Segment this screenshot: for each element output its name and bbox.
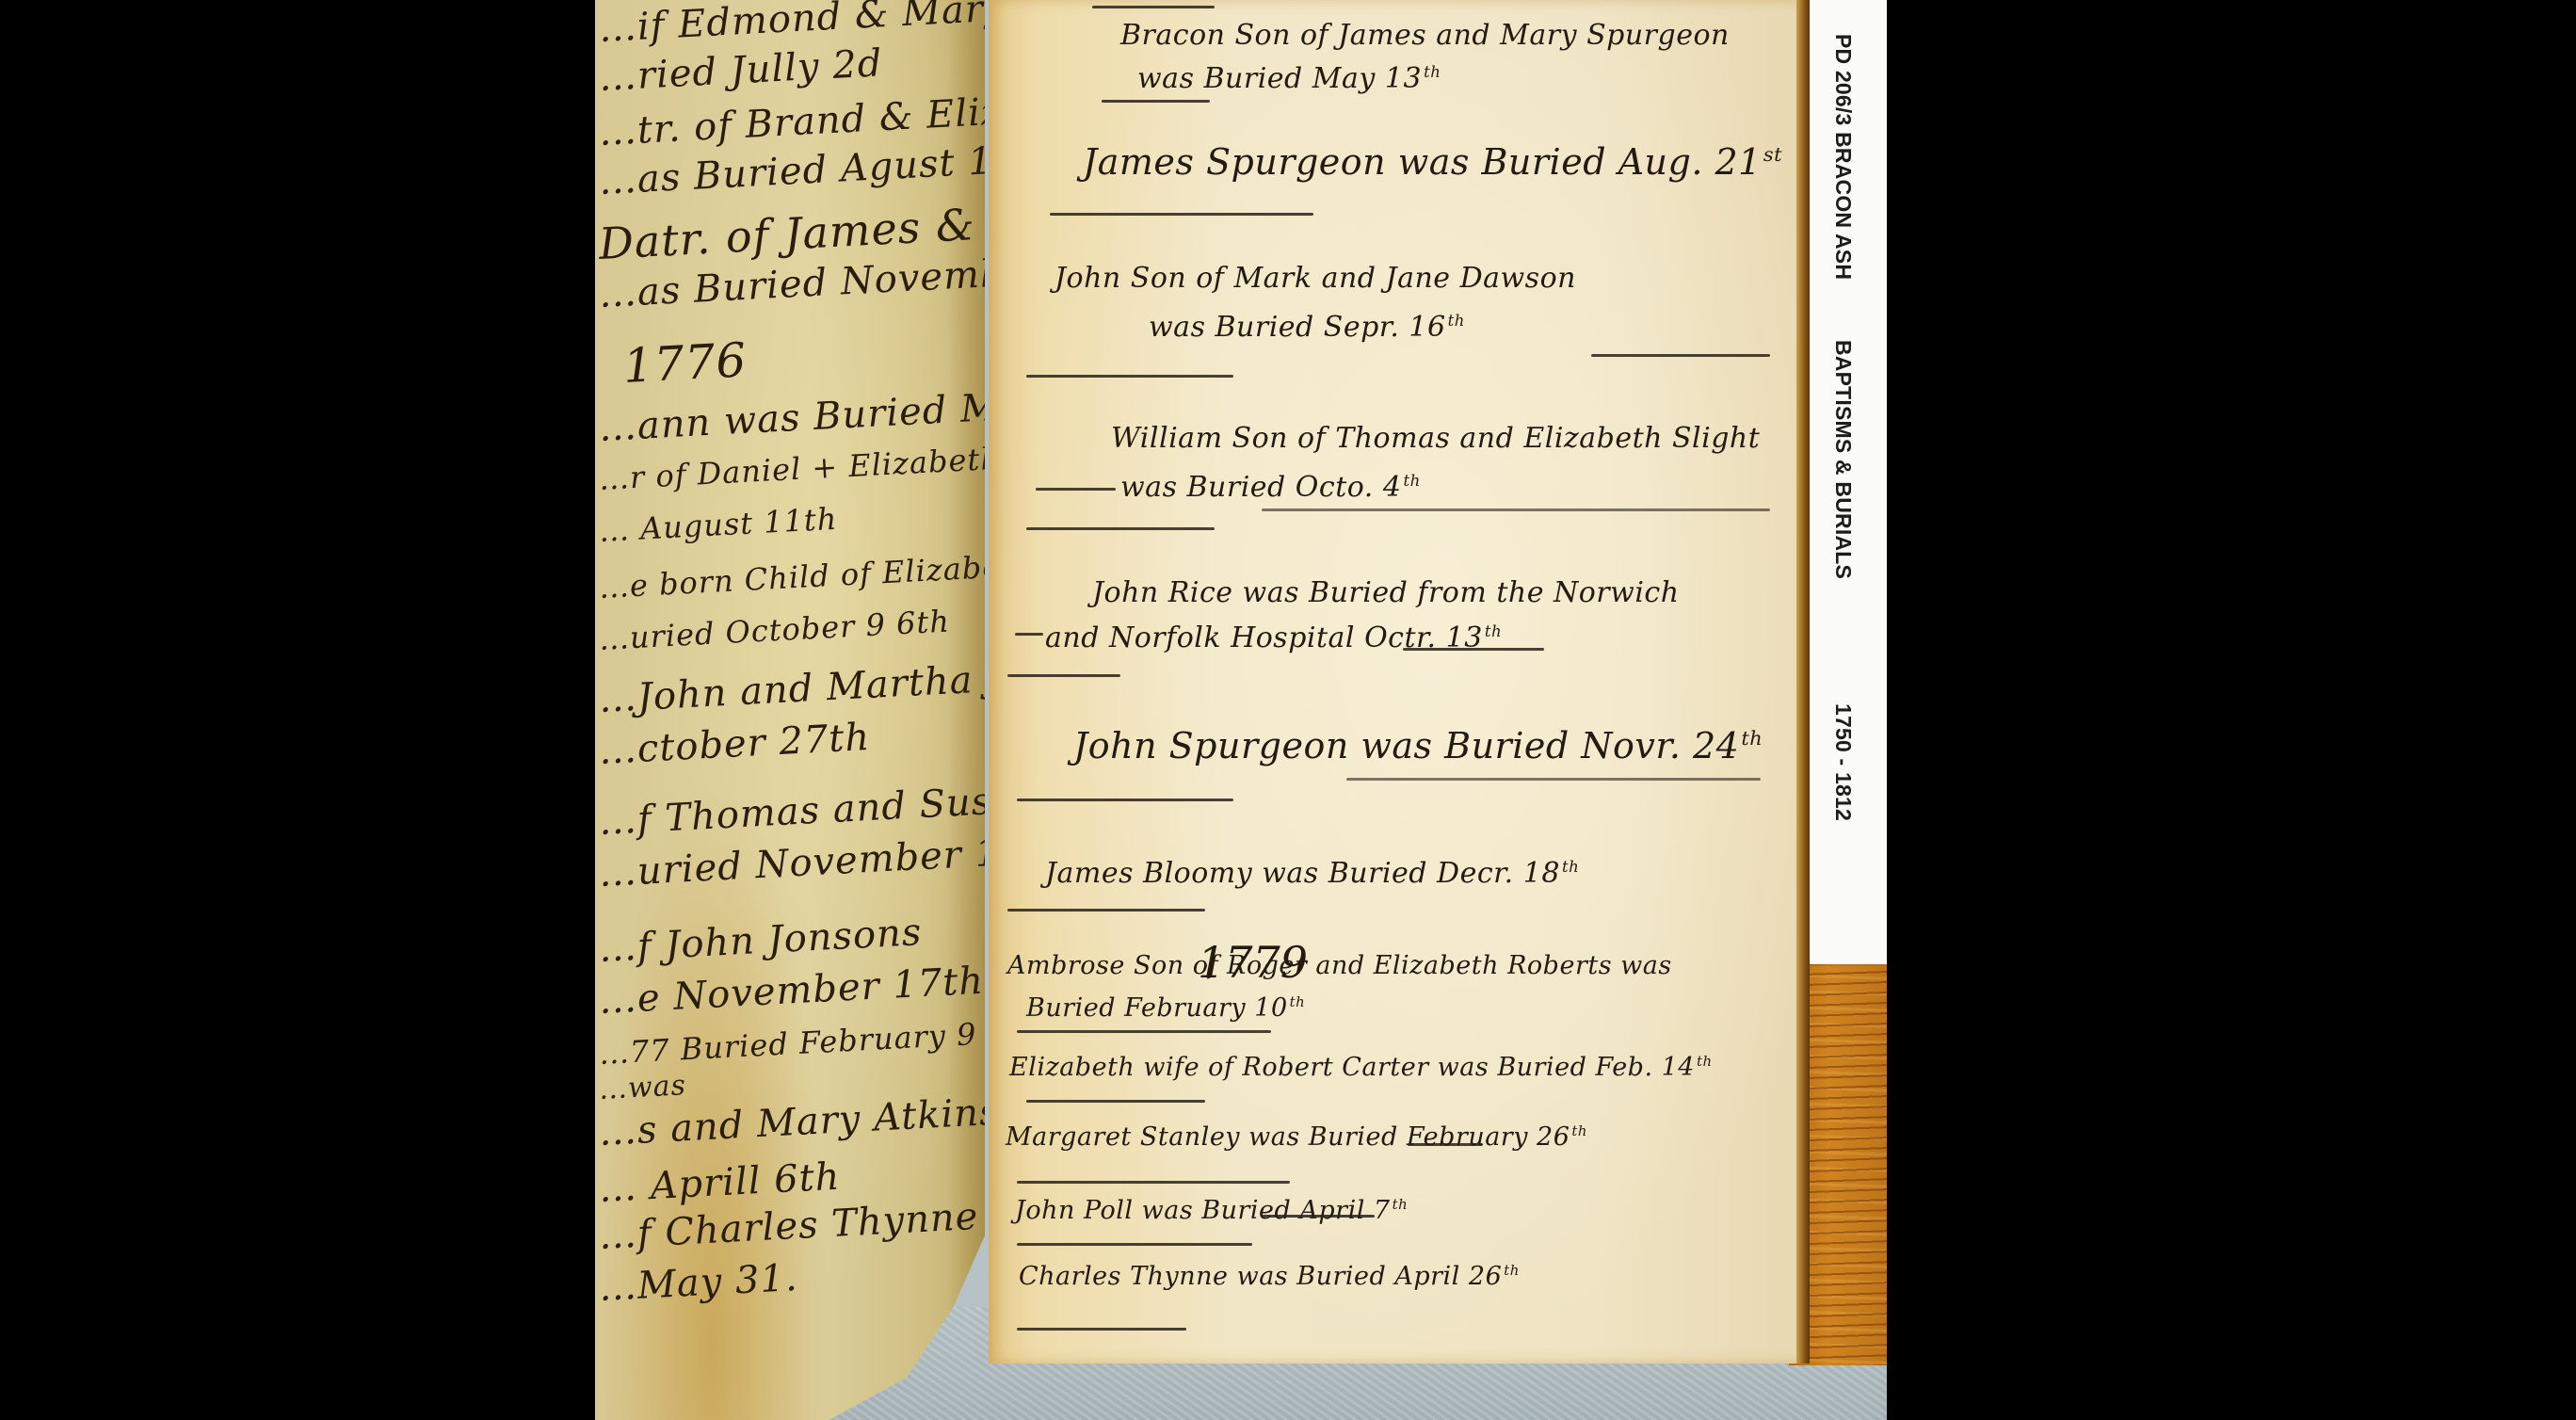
entry-divider: [1408, 1143, 1483, 1146]
burial-entry-line: John Rice was Buried from the Norwich: [1092, 576, 1680, 609]
left-line: …uried October 9 6th: [598, 603, 951, 656]
entry-divider: [1050, 213, 1313, 216]
entry-divider: [1007, 674, 1120, 677]
left-line: … August 11th: [598, 501, 838, 549]
label-years: 1750 - 1812: [1830, 703, 1856, 821]
entry-divider: [1102, 100, 1210, 103]
burial-entry-line: John Spurgeon was Buried Novr. 24th: [1073, 725, 1763, 766]
entry-divider: [1262, 508, 1770, 511]
burial-entry-line: was Buried May 13th: [1137, 62, 1441, 95]
left-line: …ctober 27th: [598, 716, 871, 773]
entry-divider: [1017, 1328, 1186, 1331]
archive-label-strip: PD 206/3 BRACON ASH BAPTISMS & BURIALS 1…: [1798, 0, 1887, 964]
entry-divider: [1017, 1243, 1252, 1246]
label-reference: PD 206/3 BRACON ASH: [1830, 34, 1856, 340]
burial-entry-line: Bracon Son of James and Mary Spurgeon: [1120, 19, 1730, 52]
left-line: …77 Buried February 9: [598, 1016, 977, 1072]
entry-divider: [1403, 648, 1544, 651]
page-edge: [1796, 0, 1810, 1364]
entry-divider: [1092, 6, 1215, 8]
entry-divider: [1017, 799, 1233, 801]
left-page: …if Edmond & Mary Chi… …ried Jully 2d …t…: [595, 0, 985, 1420]
burial-entry-line: Ambrose Son of Roger and Elizabeth Rober…: [1007, 951, 1672, 980]
entry-divider: [1017, 1030, 1271, 1033]
burial-entry-line: John Poll was Buried April 7th: [1015, 1196, 1408, 1225]
entry-divider: [1026, 527, 1215, 530]
left-line: …ried Jully 2d: [598, 41, 884, 100]
archive-label: PD 206/3 BRACON ASH BAPTISMS & BURIALS 1…: [1830, 34, 1856, 821]
burial-entry-line: Elizabeth wife of Robert Carter was Buri…: [1009, 1053, 1713, 1082]
left-year-1776: 1776: [621, 332, 748, 394]
entry-divider: [1017, 1181, 1290, 1184]
left-line: …e November 17th: [598, 960, 985, 1023]
entry-divider: [1007, 909, 1205, 912]
left-line: …f John Jonsons: [598, 911, 924, 971]
burial-entry-line: Charles Thynne was Buried April 26th: [1019, 1262, 1520, 1291]
burial-entry-line: Buried February 10th: [1026, 993, 1305, 1023]
label-title: BAPTISMS & BURIALS: [1830, 340, 1856, 703]
left-line: …May 31.: [598, 1256, 799, 1310]
burial-entry-line: Margaret Stanley was Buried February 26t…: [1006, 1122, 1587, 1152]
burial-entry-line: William Son of Thomas and Elizabeth Slig…: [1111, 422, 1760, 455]
entry-divider: [1026, 1100, 1205, 1103]
right-page: Bracon Son of James and Mary Spurgeon wa…: [989, 0, 1800, 1364]
burial-entry-line: James Bloomy was Buried Decr. 18th: [1045, 857, 1579, 890]
entry-divider: [1262, 1215, 1375, 1218]
burial-entry-line: was Buried Sepr. 16th: [1149, 311, 1465, 344]
burial-entry-line: was Buried Octo. 4th: [1120, 471, 1421, 504]
entry-divider: [1015, 633, 1043, 636]
entry-divider: [1026, 375, 1233, 378]
burial-entry-line: John Son of Mark and Jane Dawson: [1055, 262, 1576, 295]
entry-divider: [1591, 354, 1770, 357]
left-line: … Aprill 6th: [598, 1155, 842, 1211]
register-photo: PD 206/3 BRACON ASH BAPTISMS & BURIALS 1…: [595, 0, 1887, 1420]
burial-entry-line: James Spurgeon was Buried Aug. 21st: [1083, 141, 1782, 183]
left-line: …was: [598, 1069, 687, 1106]
entry-divider: [1346, 778, 1761, 781]
entry-divider: [1036, 488, 1116, 491]
